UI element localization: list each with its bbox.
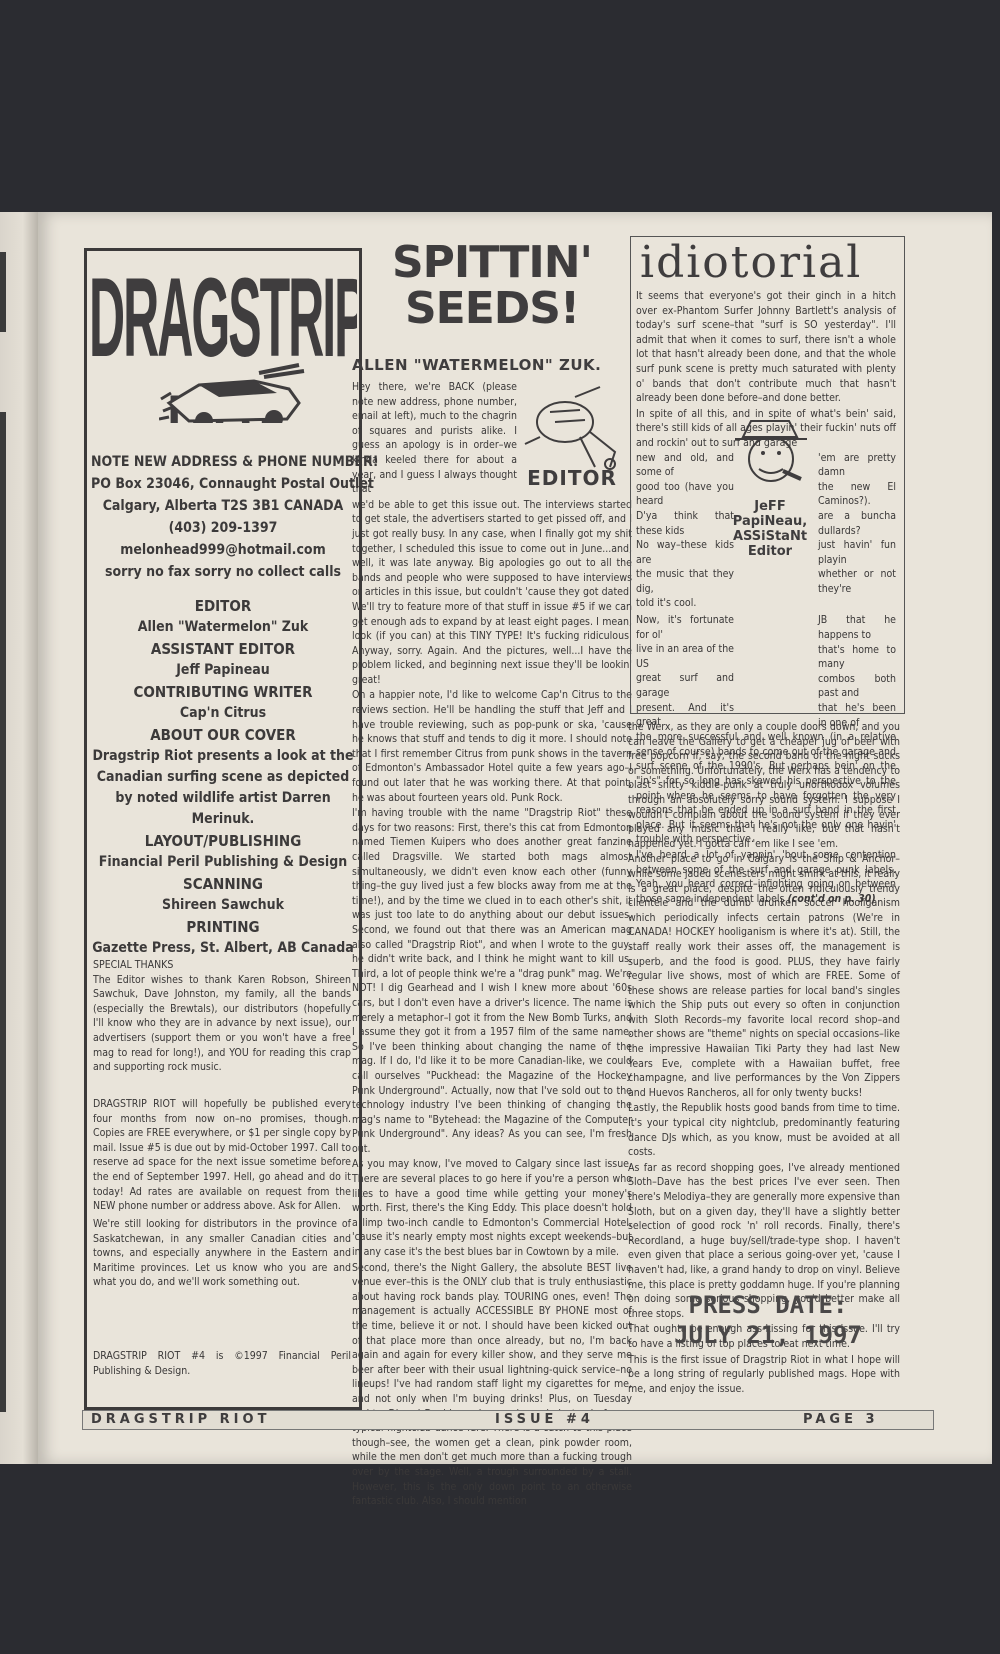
press-date-label: PRESS DATE: xyxy=(638,1290,898,1320)
masthead-info: NOTE NEW ADDRESS & PHONE NUMBER! PO Box … xyxy=(91,451,355,959)
copyright-note: DRAGSTRIP RIOT #4 is ©1997 Financial Per… xyxy=(93,1349,351,1378)
credit-role: EDITOR xyxy=(91,595,355,617)
text-line: D'ya think that these kids xyxy=(636,509,734,538)
text-line: new and old, and some of xyxy=(636,451,734,480)
previous-page-edge xyxy=(0,212,38,1464)
credit-name: Gazette Press, St. Albert, AB Canada xyxy=(91,938,355,959)
article-paragraph: On a happier note, I'd like to welcome C… xyxy=(352,688,632,805)
footer-page: PAGE 3 xyxy=(803,1411,879,1429)
article-paragraph: As you may know, I've moved to Calgary s… xyxy=(352,1157,632,1259)
article-paragraph: I'm having trouble with the name "Dragst… xyxy=(352,806,632,1156)
text-line: JB that he happens to xyxy=(818,613,896,642)
footer-issue: ISSUE #4 xyxy=(495,1411,594,1429)
article-paragraph: the Werx, as they are only a couple door… xyxy=(628,720,900,851)
credit-role: LAYOUT/PUBLISHING xyxy=(91,830,355,852)
credit-name: Dragstrip Riot presents a look at the Ca… xyxy=(91,746,355,830)
special-thanks-heading: SPECIAL THANKS xyxy=(93,958,351,973)
byline: ALLEN "WATERMELON" ZUK. xyxy=(352,356,632,374)
credit-role: ASSISTANT EDITOR xyxy=(91,638,355,660)
article-paragraph: This is the first issue of Dragstrip Rio… xyxy=(628,1353,900,1397)
credit-role: ABOUT OUR COVER xyxy=(91,724,355,746)
distributors-note: We're still looking for distributors in … xyxy=(93,1217,351,1290)
spittin-seeds-body: Hey there, we're BACK (please note new a… xyxy=(352,380,632,1510)
article-paragraph: Hey there, we're BACK (please note new a… xyxy=(352,380,517,497)
credit-name: Jeff Papineau xyxy=(91,660,355,681)
previous-page-print xyxy=(0,412,6,1412)
text-line: 'em are pretty damn xyxy=(818,451,896,480)
article-paragraph: Another place to go in Calgary is the Sh… xyxy=(628,852,900,1100)
article-paragraph: Lastly, the Republik hosts good bands fr… xyxy=(628,1101,900,1159)
title-line-2: SEEDS! xyxy=(352,286,632,332)
credit-role: PRINTING xyxy=(91,916,355,938)
previous-page-print xyxy=(0,252,6,332)
idiotorial-box: idiotorial It seems that everyone's got … xyxy=(630,236,905,714)
page-footer: DRAGSTRIP RIOT ISSUE #4 PAGE 3 xyxy=(82,1410,934,1430)
address-line-1: PO Box 23046, Connaught Postal Outlet xyxy=(91,473,355,495)
credit-role: SCANNING xyxy=(91,873,355,895)
text-line: are a buncha dullards? xyxy=(818,509,896,538)
text-line: the music that they dig, xyxy=(636,567,734,596)
text-line: great surf and garage xyxy=(636,671,734,700)
text-line: just havin' fun playin xyxy=(818,538,896,567)
text-line: that's home to many xyxy=(818,643,896,672)
phone-number: (403) 209-1397 xyxy=(91,517,355,539)
text-line: combos both past and xyxy=(818,672,896,701)
no-fax-note: sorry no fax sorry no collect calls xyxy=(91,561,355,583)
text-line: the new El Caminos?). xyxy=(818,480,896,509)
article-paragraph: we'd be able to get this issue out. The … xyxy=(352,498,632,688)
special-thanks-text: The Editor wishes to thank Karen Robson,… xyxy=(93,973,351,1075)
dragstrip-riot-logo: DRAGSTRIP RIOT xyxy=(89,253,357,423)
credit-name: Shireen Sawchuk xyxy=(91,895,355,916)
credit-role: CONTRIBUTING WRITER xyxy=(91,681,355,703)
footer-title: DRAGSTRIP RIOT xyxy=(91,1411,270,1429)
address-line-2: Calgary, Alberta T2S 3B1 CANADA xyxy=(91,495,355,517)
email-address[interactable]: melonhead999@hotmail.com xyxy=(91,539,355,561)
text-line: good too (have you heard xyxy=(636,480,734,509)
text-line: Now, it's fortunate for ol' xyxy=(636,613,734,642)
text-line: whether or not they're xyxy=(818,567,896,596)
text-line: live in an area of the US xyxy=(636,642,734,671)
masthead-column: DRAGSTRIP RIOT NOTE NEW ADDRESS & PHONE … xyxy=(84,248,362,1410)
special-thanks: SPECIAL THANKS The Editor wishes to than… xyxy=(93,958,351,1075)
credit-name: Cap'n Citrus xyxy=(91,703,355,724)
credit-name: Allen "Watermelon" Zuk xyxy=(91,617,355,638)
credit-name: Financial Peril Publishing & Design xyxy=(91,852,355,873)
publishing-schedule: DRAGSTRIP RIOT will hopefully be publish… xyxy=(93,1097,351,1214)
press-date: PRESS DATE: JULY 21, 1997 xyxy=(638,1290,898,1350)
press-date-value: JULY 21, 1997 xyxy=(638,1320,898,1350)
title-line-1: SPITTIN' xyxy=(352,240,632,286)
text-line: told it's cool. xyxy=(636,596,734,611)
text-line: No way–these kids are xyxy=(636,538,734,567)
idiotorial-paragraph: It seems that everyone's got their ginch… xyxy=(636,289,896,406)
spittin-seeds-column: SPITTIN' SEEDS! ALLEN "WATERMELON" ZUK. … xyxy=(344,238,632,1438)
article-paragraph: Second, there's the Night Gallery, the a… xyxy=(352,1261,632,1509)
crashed-car-icon xyxy=(159,363,309,423)
magazine-page: DRAGSTRIP RIOT NOTE NEW ADDRESS & PHONE … xyxy=(38,212,992,1464)
address-notice: NOTE NEW ADDRESS & PHONE NUMBER! xyxy=(91,451,355,473)
spittin-seeds-title: SPITTIN' SEEDS! xyxy=(352,240,632,332)
jeff-caption: JeFF PapiNeau, ASSiStaNt Editor xyxy=(727,499,813,559)
idiotorial-title: idiotorial xyxy=(640,239,904,287)
jeff-caricature-illustration-icon xyxy=(731,415,811,495)
